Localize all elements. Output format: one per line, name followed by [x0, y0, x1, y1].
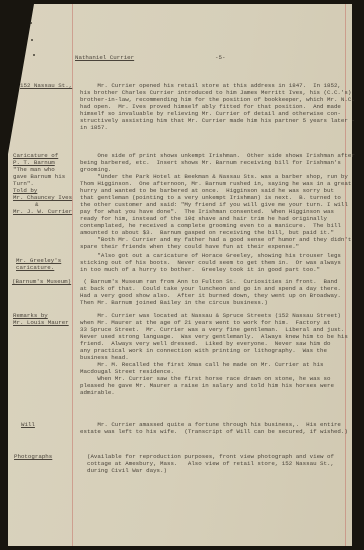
paper-speck: [33, 54, 35, 56]
body-paragraph: One side of print shows unkempt Irishman…: [80, 152, 358, 173]
photo-background: Nathaniel Currier -5- 152 Nassau St., Mr…: [0, 0, 364, 550]
body-paragraph: ( Barnum's Museum ran from Ann to Fulton…: [80, 278, 358, 306]
margin-note: caricature.: [16, 264, 82, 271]
margin-note: Mr. Chauncey Ives: [13, 194, 79, 201]
margin-note: "The man who: [13, 166, 79, 173]
margin-note: Will: [21, 421, 87, 428]
margin-note: Photographs: [14, 453, 80, 460]
paper-speck: [31, 39, 33, 41]
page-number: -5-: [215, 54, 225, 61]
body-paragraph: Mr. M. Recalled the first Xmas call he m…: [80, 361, 358, 375]
margin-note: Told by: [13, 187, 79, 194]
page-header: Nathaniel Currier -5-: [75, 54, 345, 61]
page-title: Nathaniel Currier: [75, 54, 134, 61]
margin-note: &: [13, 201, 79, 208]
margin-note: 152 Nassau St.,: [20, 82, 86, 89]
body-paragraph: "Both Mr. Currier and my father had a go…: [80, 236, 358, 250]
margin-note: (Barnum's Museum): [12, 278, 78, 285]
document-page: Nathaniel Currier -5- 152 Nassau St., Mr…: [8, 4, 352, 546]
margin-note: Mr. J. W. Currier: [13, 208, 79, 215]
body-paragraph: (Available for reproduction purposes, fr…: [80, 453, 358, 474]
body-paragraph: "Also got out a caricature of Horace Gre…: [80, 252, 358, 273]
margin-note: Mr. Greeley's: [16, 257, 82, 264]
body-paragraph: "Under the Park Hotel at Beekman & Nassa…: [80, 173, 358, 236]
body-paragraph: Mr. Currier opened his retail store at t…: [80, 82, 358, 131]
margin-note: Mr. Louis Maurer: [13, 319, 79, 326]
body-paragraph: When Mr. Currier saw the first horse rac…: [80, 375, 358, 396]
margin-note: Remarks by: [13, 312, 79, 319]
paper-speck: [30, 22, 32, 24]
body-paragraph: Mr. Currier was located at Nassau & Spru…: [80, 312, 358, 361]
margin-note: Turn".: [13, 180, 79, 187]
paper-torn-edge: [8, 4, 34, 154]
body-paragraph: Mr. Currier amassed quite a fortune thro…: [80, 421, 358, 435]
margin-note: gave Barnum his: [13, 173, 79, 180]
margin-note: Caricature of: [13, 152, 79, 159]
margin-note: P. T. Barnum: [13, 159, 79, 166]
